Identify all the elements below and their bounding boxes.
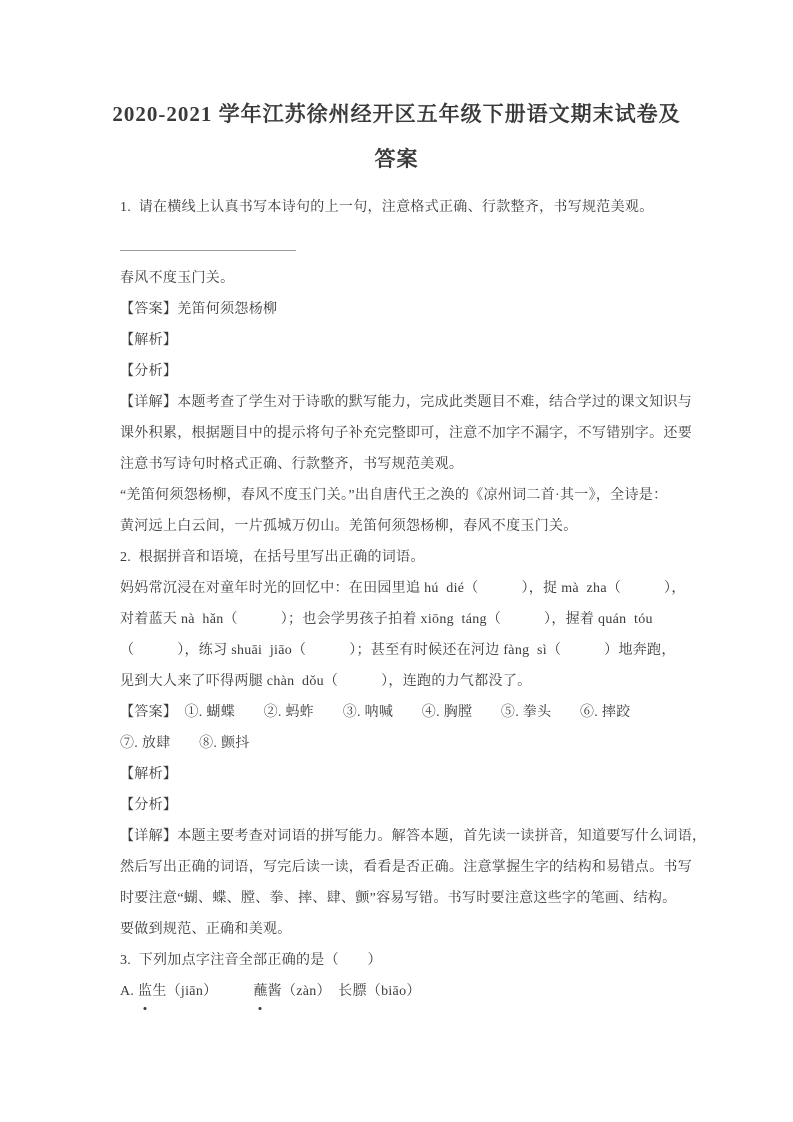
q2-detail-line-3: 时要注意“蝴、蝶、膛、拳、摔、肆、颤”容易写错。书写时要注意这些字的笔画、结构。 <box>120 883 697 914</box>
q1-detail-line-3: 注意书写诗句时格式正确、行款整齐，书写规范美观。 <box>120 449 697 480</box>
q2-detail-line-2: 然后写出正确的词语，写完后读一读，看看是否正确。注意掌握生字的结构和易错点。书写 <box>120 852 697 883</box>
q2-prompt: 2. 根据拼音和语境，在括号里写出正确的词语。 <box>120 542 697 573</box>
q1-fenxi-label: 【分析】 <box>120 356 697 387</box>
document-title: 2020-2021 学年江苏徐州经开区五年级下册语文期末试卷及 答案 <box>0 0 793 182</box>
q1-detail-line-2: 课外积累，根据题目中的提示将句子补充完整即可，注意不加字不漏字，不写错别字。还要 <box>120 418 697 449</box>
q2-passage-line-3: （ ），练习 shuāi jiāo（ ）；甚至有时候还在河边 fàng sì（ … <box>120 635 697 666</box>
q3-option-a: A. 监生（jiān） 蘸酱（zàn） 长膘（biāo） <box>120 976 697 1007</box>
q2-passage-line-1: 妈妈常沉浸在对童年时光的回忆中：在田园里追 hú dié（ ），捉 mà zha… <box>120 573 697 604</box>
q2-detail-line-4: 要做到规范、正确和美观。 <box>120 914 697 945</box>
q1-given-verse: 春风不度玉门关。 <box>120 263 697 294</box>
q1-prompt: 1. 请在横线上认真书写本诗句的上一句，注意格式正确、行款整齐，书写规范美观。 <box>120 192 697 223</box>
q1-answer: 【答案】羌笛何须怨杨柳 <box>120 294 697 325</box>
q2-fenxi-label: 【分析】 <box>120 790 697 821</box>
dotted-char: 监 <box>138 976 152 1007</box>
q2-detail-line-1: 【详解】本题主要考查对词语的拼写能力。解答本题，首先读一读拼音，知道要写什么词语… <box>120 821 697 852</box>
q2-passage-line-2: 对着蓝天 nà hǎn（ ）；也会学男孩子拍着 xiōng táng（ ），握着… <box>120 604 697 635</box>
q1-source-line-2: 黄河远上白云间，一片孤城万仞山。羌笛何须怨杨柳，春风不度玉门关。 <box>120 511 697 542</box>
title-line-2: 答案 <box>0 137 793 182</box>
title-line-1: 2020-2021 学年江苏徐州经开区五年级下册语文期末试卷及 <box>0 92 793 137</box>
q1-answer-blank-row <box>120 223 697 263</box>
q1-jiexi-label: 【解析】 <box>120 325 697 356</box>
exam-document-page: 2020-2021 学年江苏徐州经开区五年级下册语文期末试卷及 答案 1. 请在… <box>0 0 793 1122</box>
q2-passage-line-4: 见到大人来了吓得两腿 chàn dǒu（ ），连跑的力气都没了。 <box>120 666 697 697</box>
document-body: 1. 请在横线上认真书写本诗句的上一句，注意格式正确、行款整齐，书写规范美观。 … <box>120 192 697 1007</box>
q3-prompt: 3. 下列加点字注音全部正确的是（ ） <box>120 945 697 976</box>
q1-answer-blank-underline <box>120 250 296 251</box>
q2-jiexi-label: 【解析】 <box>120 759 697 790</box>
q1-source-line-1: “羌笛何须怨杨柳，春风不度玉门关。”出自唐代王之涣的《凉州词二首·其一》，全诗是… <box>120 480 697 511</box>
q2-answer-line-1: 【答案】 ①. 蝴蝶 ②. 蚂蚱 ③. 呐喊 ④. 胸膛 ⑤. 拳头 ⑥. 摔跤 <box>120 697 697 728</box>
dotted-char: 蘸 <box>253 976 267 1007</box>
q2-answer-line-2: ⑦. 放肆 ⑧. 颤抖 <box>120 728 697 759</box>
q1-detail-line-1: 【详解】本题考查了学生对于诗歌的默写能力，完成此类题目不难，结合学过的课文知识与 <box>120 387 697 418</box>
